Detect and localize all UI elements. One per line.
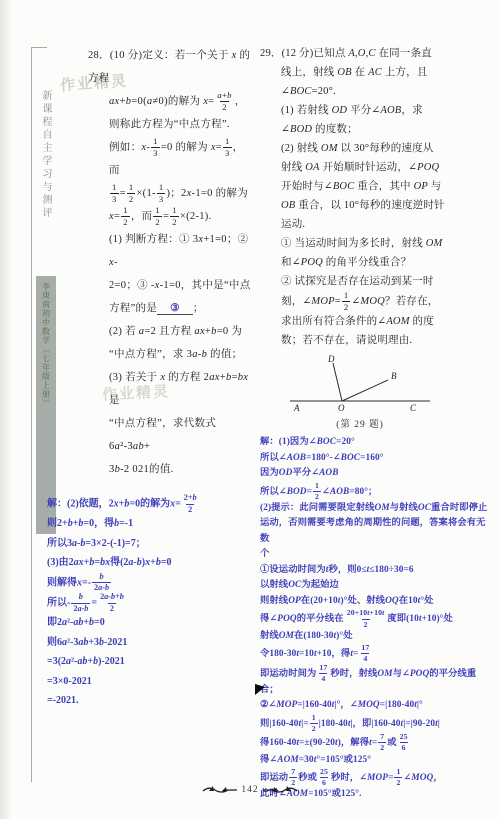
fraction: 12 <box>342 291 351 312</box>
text-line: =3×0-2021 <box>47 672 254 692</box>
text-line: 13=12×(1-13)；2x-1=0 的解为 <box>88 182 253 205</box>
answer-blank: ③ <box>157 303 193 315</box>
text-line: ∠BOC=20°. <box>260 82 493 101</box>
text-line: ①设运动时间为t秒，则0≤t≤180÷30=6 <box>260 563 493 579</box>
figure-29: A O C D B (第 29 题) <box>280 355 440 433</box>
text-line: x=12，而12=12×(2-1). <box>88 205 253 228</box>
fraction: 174 <box>317 664 329 683</box>
figure-29-caption: (第 29 题) <box>280 418 440 433</box>
text-line: “中点方程”，求代数式 6a²-3ab+ <box>88 412 253 458</box>
text-line: 求出所有符合条件的∠AOM 的度 <box>260 312 493 331</box>
text-line: 方程”的是③； <box>88 297 253 320</box>
text-line: 3b-2 021的值. <box>88 458 253 481</box>
text-line: (2)提示：此问需要限定射线OM与射线OC重合时即停止 <box>260 501 493 517</box>
page: { "sidebar": { "series_title": "新课程自主学习与… <box>0 0 500 819</box>
text-line: 所以-b2a-b=2a-b+b2 <box>47 593 254 613</box>
text-line: 则|160-40t|=12|180-40t|，即|160-40t|=|90-20… <box>260 714 493 733</box>
text-line: 数；若不存在，请说明理由. <box>260 331 493 350</box>
text-line: 则6a²-3ab+3b-2021 <box>47 633 254 653</box>
text-line: 射线 OA 开始顺时针运动，∠POQ <box>260 158 493 177</box>
text-line: 和∠POQ 的角平分线重合？ <box>260 253 493 272</box>
footer-ornament-right <box>262 784 298 796</box>
fraction: b2a-b <box>71 593 90 613</box>
figure-label-a: A <box>293 403 300 413</box>
problem-29: 29．(12 分)已知点 A,O,C 在同一条直线上，射线 OB 在 AC 上方… <box>260 44 493 350</box>
text-line: 则射线OP在(20+10t)°处、射线OQ在10t°处 <box>260 594 493 610</box>
text-line: 则2+b+b=0，得b=-1 <box>47 514 254 534</box>
fraction: 13 <box>223 137 232 158</box>
fraction: 12 <box>170 206 179 227</box>
text-line: =-2021. <box>47 691 254 711</box>
fraction: 12 <box>310 714 318 733</box>
text-line: ②∠MOP=|160-40t|°，∠MOQ=|180-40t|° <box>260 698 493 714</box>
text-line: 射线OM在(180-30t)°处 <box>260 629 493 645</box>
text-line: 所以3a-b=3×2-(-1)=7； <box>47 534 254 554</box>
solution-29: 解：(1)因为∠BOC=20°所以∠AOB=180°-∠BOC=160°因为OD… <box>260 435 493 803</box>
figure-label-c: C <box>410 403 417 413</box>
right-column: 29．(12 分)已知点 A,O,C 在同一条直线上，射线 OB 在 AC 上方… <box>260 44 493 803</box>
sidebar-series-title: 新课程自主学习与测评 <box>38 90 53 220</box>
text-line: 所以∠BOD=12∠AOB=80°； <box>260 482 493 501</box>
text-line: 线上，射线 OB 在 AC 上方，且 <box>260 63 493 82</box>
text-line: 29．(12 分)已知点 A,O,C 在同一条直 <box>260 44 493 63</box>
text-line: 2=0；③ -x-1=0，其中是“中点 <box>88 274 253 297</box>
text-line: 解：(1)因为∠BOC=20° <box>260 435 493 451</box>
solution-28: 解：(2)依题，2x+b=0的解为x=2+b2则2+b+b=0，得b=-1所以3… <box>47 494 254 711</box>
page-number: 142 <box>241 785 258 795</box>
text-line: (2) 射线 OM 以 30°每秒的速度从 <box>260 139 493 158</box>
text-line: 得∠POQ的平分线在20+10t+10t2度即(10t+10)°处 <box>260 609 493 628</box>
text-line: (1) 判断方程：① 3x+1=0；② x- <box>88 228 253 274</box>
text-line: ① 当运动时间为多长时，射线 OM <box>260 234 493 253</box>
fraction: 12 <box>153 206 162 227</box>
fraction: 2+b2 <box>182 494 199 514</box>
text-line: 开始时与∠BOC 重合，其中 OP 与 <box>260 177 493 196</box>
fraction: 12 <box>121 206 130 227</box>
text-line: 刻，∠MOP=12∠MOQ？若存在， <box>260 291 493 312</box>
text-line: 即2a²-ab+b=0 <box>47 613 254 633</box>
fraction: 20+10t+10t2 <box>345 609 387 628</box>
text-line: (3)由2ax+b=bx得(2a-b)x+b=0 <box>47 553 254 573</box>
text-line: (3) 若关于 x 的方程 2ax+b=bx 是 <box>88 366 253 412</box>
footer-ornament-left <box>202 784 238 796</box>
fraction: b2a-b <box>92 573 111 593</box>
text-line: ② 试探究是否存在运动到某一时 <box>260 272 493 291</box>
page-footer: 142 <box>0 784 500 796</box>
fraction: a+b2 <box>215 91 233 112</box>
text-line: ∠BOD 的度数； <box>260 120 493 139</box>
text-line: =3(2a²-ab+b)-2021 <box>47 652 254 672</box>
text-line: 则称此方程为“中点方程”. <box>88 113 253 136</box>
text-line: 得∠AOM=30t°=105°或125° <box>260 753 493 769</box>
page-frame-corner-tick <box>31 47 47 48</box>
page-frame-vertical-rule <box>31 47 32 782</box>
text-line: 所以∠AOB=180°-∠BOC=160° <box>260 451 493 467</box>
fraction: 72 <box>378 733 386 752</box>
text-line: 令180-30t=10t+10，得t=174 <box>260 644 493 663</box>
text-line: OB 重合，以 10°每秒的速度逆时针 <box>260 196 493 215</box>
fraction: 12 <box>127 183 136 204</box>
text-line: 例如：x-13=0 的解为 x=13，而 <box>88 136 253 182</box>
text-line: ax+b=0(a≠0)的解为 x=a+b2， <box>88 90 253 113</box>
fraction: 256 <box>398 733 410 752</box>
text-line: 运动，否则需要考虑角的周期性的问题，答案将会有无数 <box>260 516 493 547</box>
problem-28: 28．(10 分)定义：若一个关于 x 的方程ax+b=0(a≠0)的解为 x=… <box>88 44 253 481</box>
fold-mark-triangle <box>255 684 265 695</box>
figure-29-drawing: A O C D B <box>280 355 440 413</box>
text-line: 则解得x=-b2a-b <box>47 573 254 593</box>
fraction: 12 <box>313 482 321 501</box>
text-line: 以射线OC为起始边 <box>260 578 493 594</box>
text-line: 解：(2)依题，2x+b=0的解为x=2+b2 <box>47 494 254 514</box>
text-line: (2) 若 a=2 且方程 ax+b=0 为 <box>88 320 253 343</box>
text-line: (1) 若射线 OD 平分∠AOB，求 <box>260 101 493 120</box>
fraction: 2a-b+b2 <box>98 593 126 613</box>
fraction: 13 <box>151 137 160 158</box>
text-line: “中点方程”，求 3a-b 的值； <box>88 343 253 366</box>
text-line: 得160-40t=±(90-20t)，解得t=72或256 <box>260 733 493 752</box>
fraction: 13 <box>157 183 166 204</box>
fraction: 174 <box>359 644 371 663</box>
figure-label-o: O <box>338 403 345 413</box>
text-line: 因为OD平分∠AOB <box>260 466 493 482</box>
fraction: 13 <box>110 183 119 204</box>
figure-label-b: B <box>391 371 397 381</box>
figure-label-d: D <box>327 355 335 364</box>
text-line: 28．(10 分)定义：若一个关于 x 的方程 <box>88 44 253 90</box>
text-line: 即运动时间为174秒时，射线OM与∠POQ的平分线重合； <box>260 664 493 699</box>
left-column: 28．(10 分)定义：若一个关于 x 的方程ax+b=0(a≠0)的解为 x=… <box>88 44 253 711</box>
text-line: 运动. <box>260 215 493 234</box>
text-line: 个 <box>260 547 493 563</box>
